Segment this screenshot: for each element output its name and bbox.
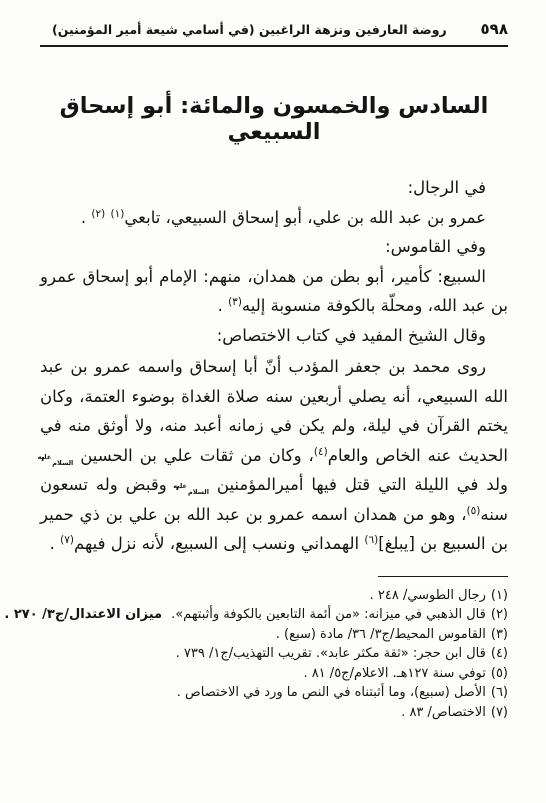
footnote-text: قال ابن حجر: «ثقة مكثر عابد». تقريب الته…	[176, 646, 486, 661]
page-number: ٥٩٨	[481, 20, 508, 38]
footnote-citation: ميزان الاعتدال/ج٣/ ٢٧٠ .	[4, 607, 162, 622]
footnote-text: توفي سنة ١٢٧هـ. الاعلام/ج٥/ ٨١ .	[303, 666, 485, 681]
qamus-period: .	[218, 296, 229, 315]
footnote-number: (٦)	[491, 683, 508, 703]
mufid-text-6: الهمداني ونسب إلى السبيع، لأنه نزل فيهم	[74, 534, 364, 553]
footnote-ref-7: (٧)	[60, 534, 74, 546]
header-rule	[40, 45, 508, 47]
rijal-period: .	[81, 208, 92, 227]
footnote-6: (٦)الأصل (سبيع)، وما أثبتناه في النص ما …	[40, 683, 508, 703]
body-text: في الرجال: عمرو بن عبد الله بن علي، أبو …	[40, 173, 508, 559]
footnote-ref-3: (٣)	[228, 296, 242, 308]
footnote-3: (٣)القاموس المحيط/ج٣/ ٣٦/ مادة (سبع) .	[40, 625, 508, 645]
footnote-number: (٢)	[491, 605, 508, 625]
book-title: روضة العارفين ونزهة الراغبين (في أسامي ش…	[52, 22, 447, 37]
chapter-title: السادس والخمسون والمائة: أبو إسحاق السبي…	[40, 93, 508, 145]
footnote-number: (٥)	[491, 664, 508, 684]
footnote-5: (٥)توفي سنة ١٢٧هـ. الاعلام/ج٥/ ٨١ .	[40, 664, 508, 684]
mufid-narration: روى محمد بن جعفر المؤدب أنّ أبا إسحاق وا…	[40, 352, 508, 559]
footnote-7: (٧)الاختصاص/ ٨٣ .	[40, 703, 508, 723]
footnote-separator-rule	[378, 576, 508, 577]
footnote-1: (١)رجال الطوسي/ ٢٤٨ .	[40, 586, 508, 606]
footnote-number: (١)	[491, 586, 508, 606]
alayhis-salam-ligature: عليه السلام	[52, 454, 73, 466]
running-header: ٥٩٨ روضة العارفين ونزهة الراغبين (في أسا…	[40, 20, 508, 38]
rijal-text: عمرو بن عبد الله بن علي، أبو إسحاق السبي…	[124, 208, 486, 227]
footnote-text: رجال الطوسي/ ٢٤٨ .	[370, 588, 486, 603]
mufid-text-2: ، وكان من ثقات علي بن الحسين	[73, 446, 314, 465]
footnote-ref-2: (٢)	[91, 208, 105, 220]
footnotes: (١)رجال الطوسي/ ٢٤٨ . (٢)قال الذهبي في م…	[40, 586, 508, 723]
footnote-ref-4: (٤)	[314, 446, 328, 458]
qamus-heading: وفي القاموس:	[40, 232, 508, 262]
alayhis-salam-ligature: عليه السلام	[188, 483, 209, 495]
footnote-ref-6: (٦)	[364, 534, 378, 546]
footnote-ref-1: (١)	[111, 208, 125, 220]
mufid-period: .	[50, 534, 61, 553]
mufid-heading: وقال الشيخ المفيد في كتاب الاختصاص:	[40, 321, 508, 351]
footnote-text: الاختصاص/ ٨٣ .	[401, 705, 486, 720]
footnote-4: (٤)قال ابن حجر: «ثقة مكثر عابد». تقريب ا…	[40, 644, 508, 664]
footnote-text: القاموس المحيط/ج٣/ ٣٦/ مادة (سبع) .	[276, 627, 486, 642]
footnote-number: (٣)	[491, 625, 508, 645]
footnote-2: (٢)قال الذهبي في ميزانه: «من أئمة التابع…	[40, 605, 508, 625]
qamus-entry: السبيع: كأمير، أبو بطن من همدان، منهم: ا…	[40, 262, 508, 321]
rijal-entry: عمرو بن عبد الله بن علي، أبو إسحاق السبي…	[40, 203, 508, 233]
rijal-heading: في الرجال:	[40, 173, 508, 203]
footnote-ref-5: (٥)	[466, 505, 480, 517]
footnote-text: قال الذهبي في ميزانه: «من أئمة التابعين …	[171, 607, 486, 622]
qamus-text: السبيع: كأمير، أبو بطن من همدان، منهم: ا…	[40, 267, 508, 316]
footnote-text: الأصل (سبيع)، وما أثبتناه في النص ما ورد…	[177, 685, 486, 700]
footnote-number: (٤)	[491, 644, 508, 664]
footnote-number: (٧)	[491, 703, 508, 723]
book-page: ٥٩٨ روضة العارفين ونزهة الراغبين (في أسا…	[0, 0, 546, 803]
